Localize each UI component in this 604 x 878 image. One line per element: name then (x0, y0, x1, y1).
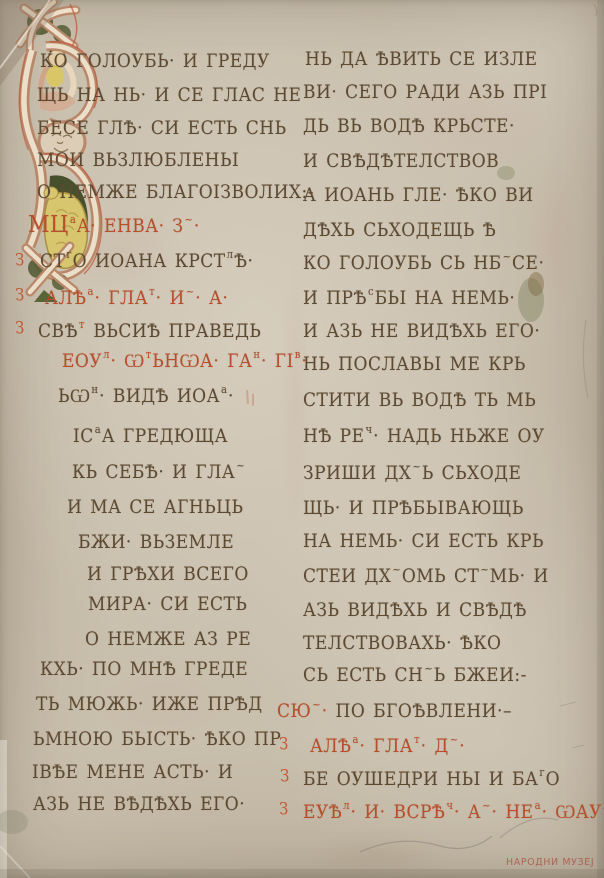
brown-stain (528, 272, 544, 296)
text-line: КО ГОЛОУБЬ· И ГРЕДУ (40, 50, 270, 72)
text-segment: ІС (73, 425, 94, 447)
text-line: БЖИ· ВЬЗЕМЛЕ (78, 531, 234, 553)
text-segment: · (459, 735, 465, 757)
text-segment: · (228, 385, 234, 407)
text-segment: а (221, 379, 227, 401)
text-line: И АЗЬ НЕ ВИДѢХЬ ЕГО· (303, 320, 540, 342)
text-segment: ІВѢЕ МЕНЕ АСТЬ· И (32, 761, 233, 783)
text-line: СТИТИ ВЬ ВОДѢ ТЬ МЬ (303, 389, 536, 411)
green-stain-small (497, 166, 515, 180)
text-line: ІСаА ГРЕДЮЩА (73, 425, 228, 451)
text-segment: ~ (450, 729, 458, 751)
text-segment: ДЬ ВЬ ВОДѢ КРЬСТЕ· (303, 115, 515, 137)
text-line: КО ГОЛОУБЬ СЬ НБ~СЕ· (303, 252, 544, 278)
text-segment: КХЬ· ПО МНѢ ГРЕДЕ (40, 658, 248, 680)
text-line: НЬ ДА ѢВИТЬ СЕ ИЗЛЕ (305, 48, 538, 70)
text-line: КЬ СЕБѢ· И ГЛА~ (72, 461, 246, 487)
text-segment: ЩЬ НА НЬ· И СЕ ГЛАС НЕ (37, 84, 301, 106)
text-line: МЦаА· ЕНВА· З~· (28, 213, 200, 241)
text-segment: НЬ ПОСЛАВЬІ МЕ КРЬ (303, 353, 526, 375)
initial-figure (41, 45, 74, 102)
text-segment: ч (366, 419, 373, 441)
text-column-left: КО ГОЛОУБЬ· И ГРЕДУЩЬ НА НЬ· И СЕ ГЛАС Н… (0, 0, 604, 878)
text-segment: КО ГОЛОУБЬ· И ГРЕДУ (40, 50, 270, 72)
text-segment: ПО БГОѢВЛЕНИ·– (336, 700, 512, 722)
text-segment: с (368, 281, 374, 303)
text-segment: · ГІ (261, 350, 294, 372)
text-segment: И АЗЬ НЕ ВИДѢХЬ ЕГО· (303, 320, 540, 342)
text-segment: ~ (236, 455, 244, 477)
text-line: О НЕМЖЕ БЛАГОІЗВОЛИХ:- (37, 181, 314, 203)
text-segment: О ИОАНА КРСТ (73, 250, 226, 272)
text-segment: · НЕ (492, 801, 534, 823)
manuscript-page: КО ГОЛОУБЬ· И ГРЕДУЩЬ НА НЬ· И СЕ ГЛАС Н… (0, 0, 604, 878)
paragraph-mark: З (279, 735, 288, 753)
paragraph-mark: З (15, 319, 24, 337)
green-stain (518, 278, 544, 322)
text-line: О НЕМЖЕ АЗ РЕ (85, 628, 251, 650)
text-line: И СВѢДѢТЕЛСТВОВ (303, 150, 499, 172)
text-segment: БЕСЕ ГЛѢ· СИ ЕСТЬ СНЬ (37, 117, 287, 139)
initial-lower-bowl (36, 154, 102, 277)
paragraph-mark: З (280, 767, 289, 785)
text-segment: АЗЬ НЕ ВѢДѢХЬ ЕГО· (33, 793, 245, 815)
text-line: КХЬ· ПО МНѢ ГРЕДЕ (40, 658, 248, 680)
paragraph-mark: З (15, 251, 24, 269)
initial-medallion (39, 122, 85, 162)
text-segment: т (146, 344, 152, 366)
text-line: АЗЬ ВИДѢХЬ И СВѢДѢ (303, 599, 527, 621)
text-segment: н (253, 344, 260, 366)
text-segment: л (103, 344, 109, 366)
text-segment: ЕУѢ (303, 801, 342, 823)
text-line: ЩЬ· И ПРѢБЬІВАЮЩЬ (303, 497, 524, 519)
text-line: ДЬ ВЬ ВОДѢ КРЬСТЕ· (303, 115, 515, 137)
left-edge-strip (0, 740, 7, 878)
text-line: СЮ~· ПО БГОѢВЛЕНИ·– (277, 700, 512, 726)
text-segment: ТЕЛСТВОВАХЬ· ѢКО (303, 632, 502, 654)
text-segment: а (353, 729, 359, 751)
text-line: ЬМНОЮ БЬІСТЬ· ѢКО ПР (33, 728, 281, 750)
text-segment: ЬѠ (58, 385, 90, 407)
text-segment: И ГРѢХИ ВСЕГО (87, 563, 249, 585)
text-line: И ГРѢХИ ВСЕГО (87, 563, 249, 585)
text-segment: НЬ ДА ѢВИТЬ СЕ ИЗЛЕ (305, 48, 538, 70)
text-line: НЬ ПОСЛАВЬІ МЕ КРЬ (303, 353, 526, 375)
stains-overlay (0, 0, 604, 878)
text-segment: АЛѢ (310, 735, 352, 757)
text-line: ДѢХЬ СЬХОДЕЩЬ Ѣ (303, 219, 496, 241)
text-segment: г (66, 244, 71, 266)
initial-top-knot (20, 2, 77, 52)
text-segment: · ГЛА (359, 735, 413, 757)
text-line: И ПРѢсБЬІ НА НЕМЬ· (303, 287, 515, 313)
text-segment: ч (446, 795, 453, 817)
text-segment: О НЕМЖЕ АЗ РЕ (85, 628, 251, 650)
text-segment: МИРА· СИ ЕСТЬ (88, 593, 247, 615)
corner-crease (0, 0, 50, 68)
text-segment: А ИОАНЬ ГЛЕ· ѢКО ВИ (303, 184, 534, 206)
text-segment: ЬМНОЮ БЬІСТЬ· ѢКО ПР (33, 728, 281, 750)
text-segment: ВЬСИѢ ПРАВЕДЬ (86, 320, 262, 342)
text-line: ВИ· СЕГО РАДИ АЗЬ ПРІ (303, 81, 547, 103)
text-segment: МЬ· И (490, 565, 549, 587)
text-line: ЕУѢл· И· ВСРѢч· А~· НЕа· ѠАУн (303, 801, 604, 827)
corner-patch (0, 0, 64, 86)
red-ghost-marks (247, 390, 253, 406)
paragraph-mark: З (279, 800, 288, 818)
text-segment: г (539, 762, 544, 784)
text-line: НА НЕМЬ· СИ ЕСТЬ КРЬ (303, 530, 544, 552)
corner-mark-topright (594, 4, 597, 16)
text-segment: СЮ (277, 700, 311, 722)
text-line: СЬ ЕСТЬ СН~Ь БЖЕИ:- (303, 664, 527, 690)
text-line: МИРА· СИ ЕСТЬ (88, 593, 247, 615)
museum-stamp: НАРОДНИ МУЗЕЈ (506, 857, 601, 869)
text-line: МОИ ВЬЗЛЮБЛЕНЬІ (37, 149, 239, 171)
initial-stem (19, 50, 41, 246)
text-segment: т (149, 281, 155, 303)
initial-lamb (44, 187, 87, 268)
text-segment: · (322, 700, 336, 722)
text-segment: ЗРИШИ ДХ (303, 462, 411, 484)
text-segment: БЖИ· ВЬЗЕМЛЕ (78, 531, 234, 553)
text-segment: ~ (424, 658, 432, 680)
text-segment: ДѢХЬ СЬХОДЕЩЬ Ѣ (303, 219, 496, 241)
text-line: ІВѢЕ МЕНЕ АСТЬ· И (32, 761, 233, 783)
text-segment: в (295, 344, 301, 366)
text-segment: КЬ СЕБѢ· И ГЛА (72, 461, 235, 483)
green-smudge-bottom (0, 810, 28, 834)
text-segment: ~ (392, 559, 400, 581)
text-line: СВѢт ВЬСИѢ ПРАВЕДЬ (38, 320, 261, 346)
text-segment: МЦ (28, 211, 69, 238)
text-line: ЗРИШИ ДХ~Ь СЬХОДЕ (303, 462, 521, 488)
initial-upper-bowl (40, 42, 98, 126)
text-segment: СТЕИ ДХ (303, 565, 391, 587)
text-line: АЗЬ НЕ ВѢДѢХЬ ЕГО· (33, 793, 245, 815)
text-segment: ~ (480, 559, 488, 581)
text-segment: ЬНѠА· ГА (152, 350, 252, 372)
text-segment: А ГРЕДЮЩА (102, 425, 228, 447)
text-column-right: НЬ ДА ѢВИТЬ СЕ ИЗЛЕВИ· СЕГО РАДИ АЗЬ ПРІ… (0, 0, 604, 878)
text-segment: СВѢ (38, 320, 78, 342)
text-segment: ЕОУ (62, 350, 102, 372)
text-segment: т (79, 314, 85, 336)
text-segment: И СВѢДѢТЕЛСТВОВ (303, 150, 499, 172)
text-segment: И МА СЕ АГНЬЦЬ (67, 496, 243, 518)
text-segment: Ь СЬХОДЕ (422, 462, 522, 484)
text-segment: И ПРѢ (303, 287, 367, 309)
text-segment: ~ (503, 246, 511, 268)
text-line: ЩЬ НА НЬ· И СЕ ГЛАС НЕ (37, 84, 301, 106)
text-line: БЕСЕ ГЛѢ· СИ ЕСТЬ СНЬ (37, 117, 287, 139)
illuminated-initial (0, 0, 104, 304)
text-line: СТгО ИОАНА КРСТлѢ· (40, 250, 253, 276)
text-segment: · ВИДѢ ИОА (99, 385, 220, 407)
text-segment: СТИТИ ВЬ ВОДѢ ТЬ МЬ (303, 389, 536, 411)
text-segment: МОИ ВЬЗЛЮБЛЕНЬІ (37, 149, 239, 171)
text-segment: н (91, 379, 98, 401)
text-line: И МА СЕ АГНЬЦЬ (67, 496, 243, 518)
text-segment: · А (454, 801, 481, 823)
text-segment: СЕ· (512, 252, 544, 274)
text-segment: КО ГОЛОУБЬ СЬ НБ (303, 252, 502, 274)
pencil-mark-margin (583, 320, 588, 398)
text-segment: · (194, 215, 200, 237)
text-segment: ~ (412, 456, 420, 478)
text-segment: · И (156, 287, 185, 309)
text-line: АЛѢа· ГЛАт· Д~· (310, 735, 465, 761)
text-segment: а (70, 210, 76, 232)
text-segment: НА НЕМЬ· СИ ЕСТЬ КРЬ (303, 530, 544, 552)
paragraph-mark: З (15, 286, 24, 304)
initial-bottom-knot (26, 246, 74, 302)
text-segment: ВИ· СЕГО РАДИ АЗЬ ПРІ (303, 81, 547, 103)
margin-marks: ЗЗЗЗЗЗ (0, 0, 604, 878)
text-line: ТЕЛСТВОВАХЬ· ѢКО (303, 632, 502, 654)
text-line: НѢ РЕч· НАДЬ НЬЖЕ ОУ (303, 425, 545, 451)
text-segment: · НАДЬ НЬЖЕ ОУ (373, 425, 545, 447)
text-segment: СЬ ЕСТЬ СН (303, 664, 423, 686)
text-segment: · Ѡ (111, 350, 145, 372)
text-segment: ОМЬ СТ (402, 565, 480, 587)
text-segment: ~ (184, 210, 192, 232)
text-segment: а (88, 281, 94, 303)
pencil-dashes (560, 702, 584, 748)
text-segment: АЛѢ (45, 287, 87, 309)
text-line: А ИОАНЬ ГЛЕ· ѢКО ВИ (303, 184, 534, 206)
text-line: СТЕИ ДХ~ОМЬ СТ~МЬ· И (303, 565, 549, 591)
text-line: АЛѢа· ГЛАт· И~· А· (45, 287, 228, 313)
text-segment: О НЕМЖЕ БЛАГОІЗВОЛИХ:- (37, 181, 314, 203)
text-segment: · Д (421, 735, 449, 757)
text-segment: СТ (40, 250, 65, 272)
text-segment: · И· ВСРѢ (351, 801, 446, 823)
pencil-scribble-2 (500, 818, 558, 838)
text-segment: · А· (195, 287, 228, 309)
text-segment: А· ЕНВА· З (77, 215, 184, 237)
text-segment: л (227, 244, 233, 266)
text-segment: · ѠАУ (542, 801, 602, 823)
text-segment: т (414, 729, 420, 751)
text-segment: ТЬ МЮЖЬ· ИЖЕ ПРѢД (36, 693, 263, 715)
text-segment: а (535, 795, 541, 817)
text-segment: БЕ ОУШЕДРИ НЬІ И БА (303, 768, 538, 790)
text-segment: ~ (186, 281, 194, 303)
text-segment: ЩЬ· И ПРѢБЬІВАЮЩЬ (303, 497, 524, 519)
text-segment: АЗЬ ВИДѢХЬ И СВѢДѢ (303, 599, 527, 621)
text-line: ЬѠн· ВИДѢ ИОАа· (58, 385, 234, 411)
text-line: БЕ ОУШЕДРИ НЬІ И БАгО (303, 768, 560, 794)
text-line: ТЬ МЮЖЬ· ИЖЕ ПРѢД (36, 693, 263, 715)
text-segment: НѢ РЕ (303, 425, 365, 447)
text-segment: ~ (482, 795, 490, 817)
text-segment: · ГЛА (94, 287, 148, 309)
text-segment: О (546, 768, 560, 790)
text-segment: а (95, 419, 101, 441)
text-segment: ~ (312, 694, 320, 716)
text-segment: л (343, 795, 349, 817)
text-line: ЕОУл· ѠтЬНѠА· ГАн· ГІв· (62, 350, 307, 376)
text-segment: Ь БЖЕИ:- (434, 664, 527, 686)
text-segment: · (301, 350, 307, 372)
pencil-scribble (360, 836, 492, 852)
text-segment: БЬІ НА НЕМЬ· (375, 287, 516, 309)
text-segment: Ѣ· (234, 250, 253, 272)
